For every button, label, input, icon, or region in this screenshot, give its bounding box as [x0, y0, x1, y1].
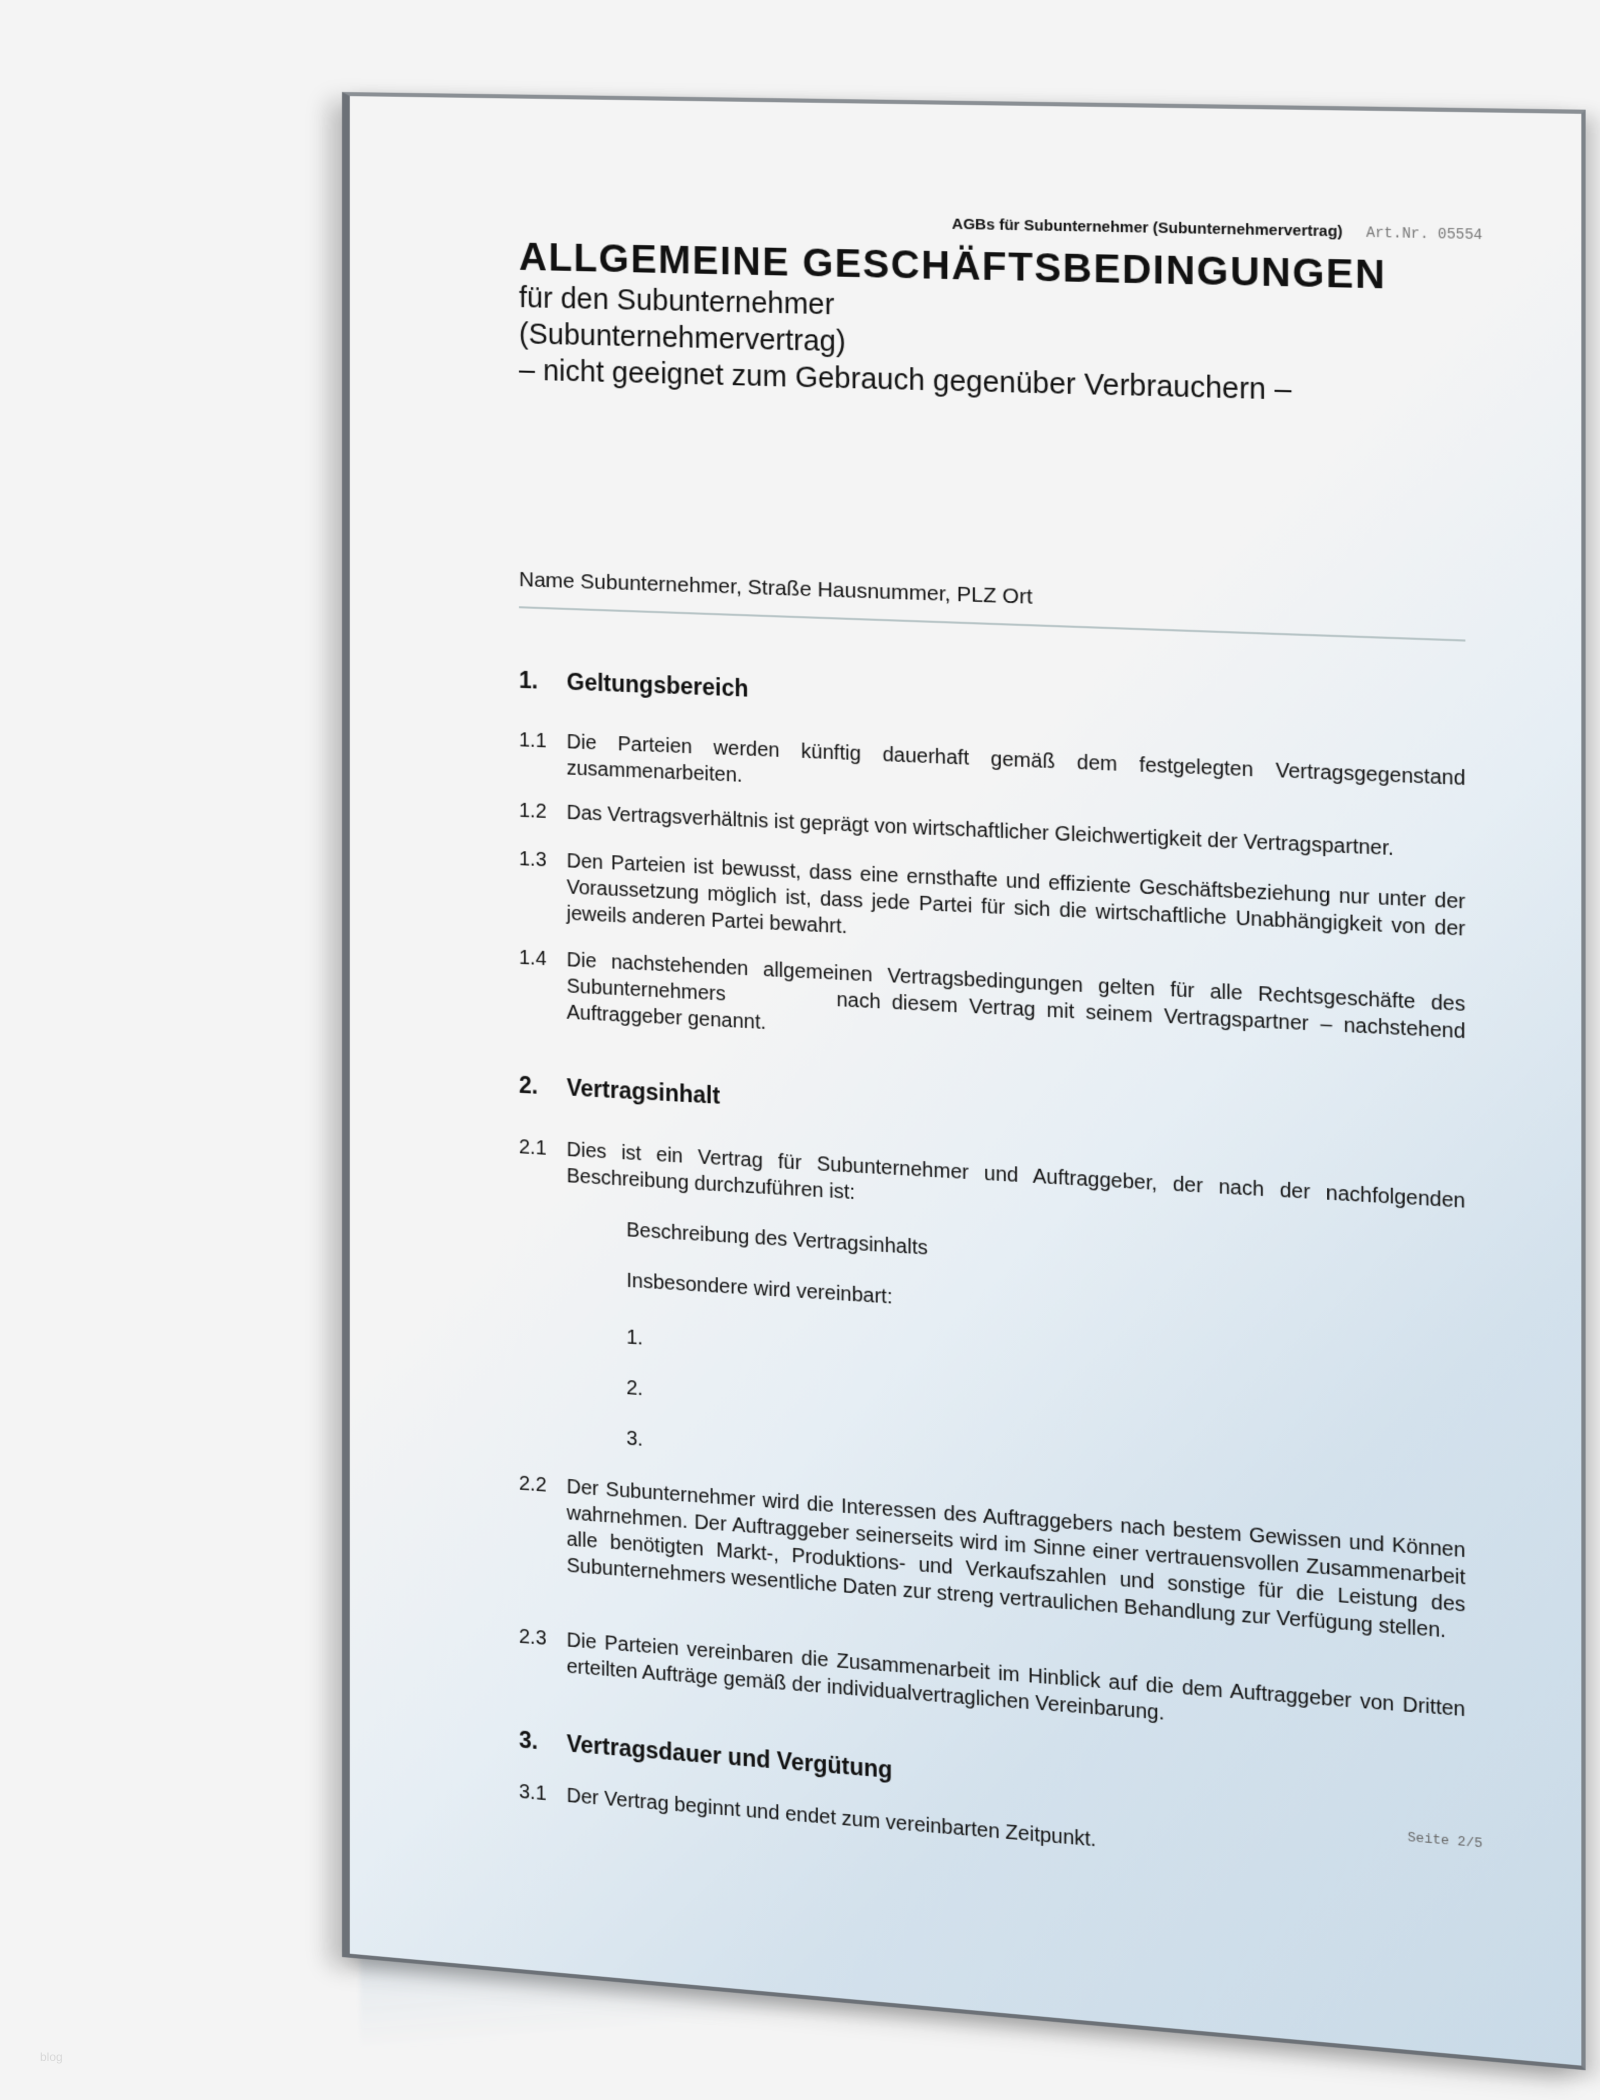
address-placeholder: Name Subunternehmer, Straße Hausnummer, …: [519, 568, 1032, 610]
page-number: Seite 2/5: [1408, 1830, 1483, 1852]
agreement-item-3: 3.: [626, 1427, 643, 1451]
clause-number: 1.3: [519, 846, 567, 874]
section-heading-3: 3.Vertragsdauer und Vergütung: [519, 1726, 892, 1784]
clause-number: 1.4: [519, 945, 567, 974]
clause-2-2: 2.2 Der Subunternehmer wird die Interess…: [519, 1470, 1465, 1646]
contract-description-label: Beschreibung des Vertragsinhalts: [626, 1219, 927, 1261]
agreement-item-2: 2.: [626, 1377, 643, 1401]
clause-text: Die Parteien vereinbaren die Zusammenarb…: [567, 1627, 1466, 1750]
clause-number: 2.3: [519, 1624, 567, 1654]
document-page-wrapper: AGBs für Subunternehmer (Subunternehmerv…: [342, 92, 1586, 2070]
section-title: Vertragsinhalt: [567, 1074, 720, 1109]
section-title: Vertragsdauer und Vergütung: [567, 1730, 893, 1783]
section-title: Geltungsbereich: [567, 668, 749, 701]
clause-text: Der Vertrag beginnt und endet zum verein…: [567, 1783, 1466, 1885]
clause-text: Die nachstehenden allgemeinen Vertragsbe…: [567, 947, 1466, 1073]
clause-1-4: 1.4 Die nachstehenden allgemeinen Vertra…: [519, 945, 1465, 1073]
clause-number: 2.2: [519, 1470, 567, 1500]
clause-2-3: 2.3 Die Parteien vereinbaren die Zusamme…: [519, 1624, 1465, 1751]
clause-text: Der Subunternehmer wird die Interessen d…: [567, 1474, 1466, 1646]
clause-number: 1.1: [519, 727, 567, 755]
clause-number: 1.2: [519, 798, 567, 826]
agreement-label: Insbesondere wird vereinbart:: [626, 1270, 892, 1310]
document-content: AGBs für Subunternehmer (Subunternehmerv…: [342, 92, 1586, 2070]
title-block: ALLGEMEINE GESCHÄFTSBEDINGUNGEN für den …: [519, 236, 1444, 413]
article-number: Art.Nr. 05554: [1366, 225, 1482, 244]
running-header: AGBs für Subunternehmer (Subunternehmerv…: [952, 215, 1483, 244]
document-preview-stage: AGBs für Subunternehmer (Subunternehmerv…: [0, 0, 1600, 2100]
section-heading-1: 1.Geltungsbereich: [519, 667, 748, 703]
address-divider: [519, 606, 1465, 641]
section-number: 2.: [519, 1072, 567, 1102]
section-heading-2: 2.Vertragsinhalt: [519, 1072, 720, 1110]
clause-number: 2.1: [519, 1134, 567, 1163]
watermark: blog: [40, 2050, 63, 2064]
section-number: 1.: [519, 667, 567, 696]
clause-3-1: 3.1 Der Vertrag beginnt und endet zum ve…: [519, 1779, 1465, 1885]
clause-number: 3.1: [519, 1779, 567, 1809]
section-number: 3.: [519, 1726, 567, 1757]
agreement-item-1: 1.: [626, 1326, 643, 1350]
running-header-title: AGBs für Subunternehmer (Subunternehmerv…: [952, 215, 1343, 240]
clause-text: Den Parteien ist bewusst, dass eine erns…: [567, 848, 1466, 970]
